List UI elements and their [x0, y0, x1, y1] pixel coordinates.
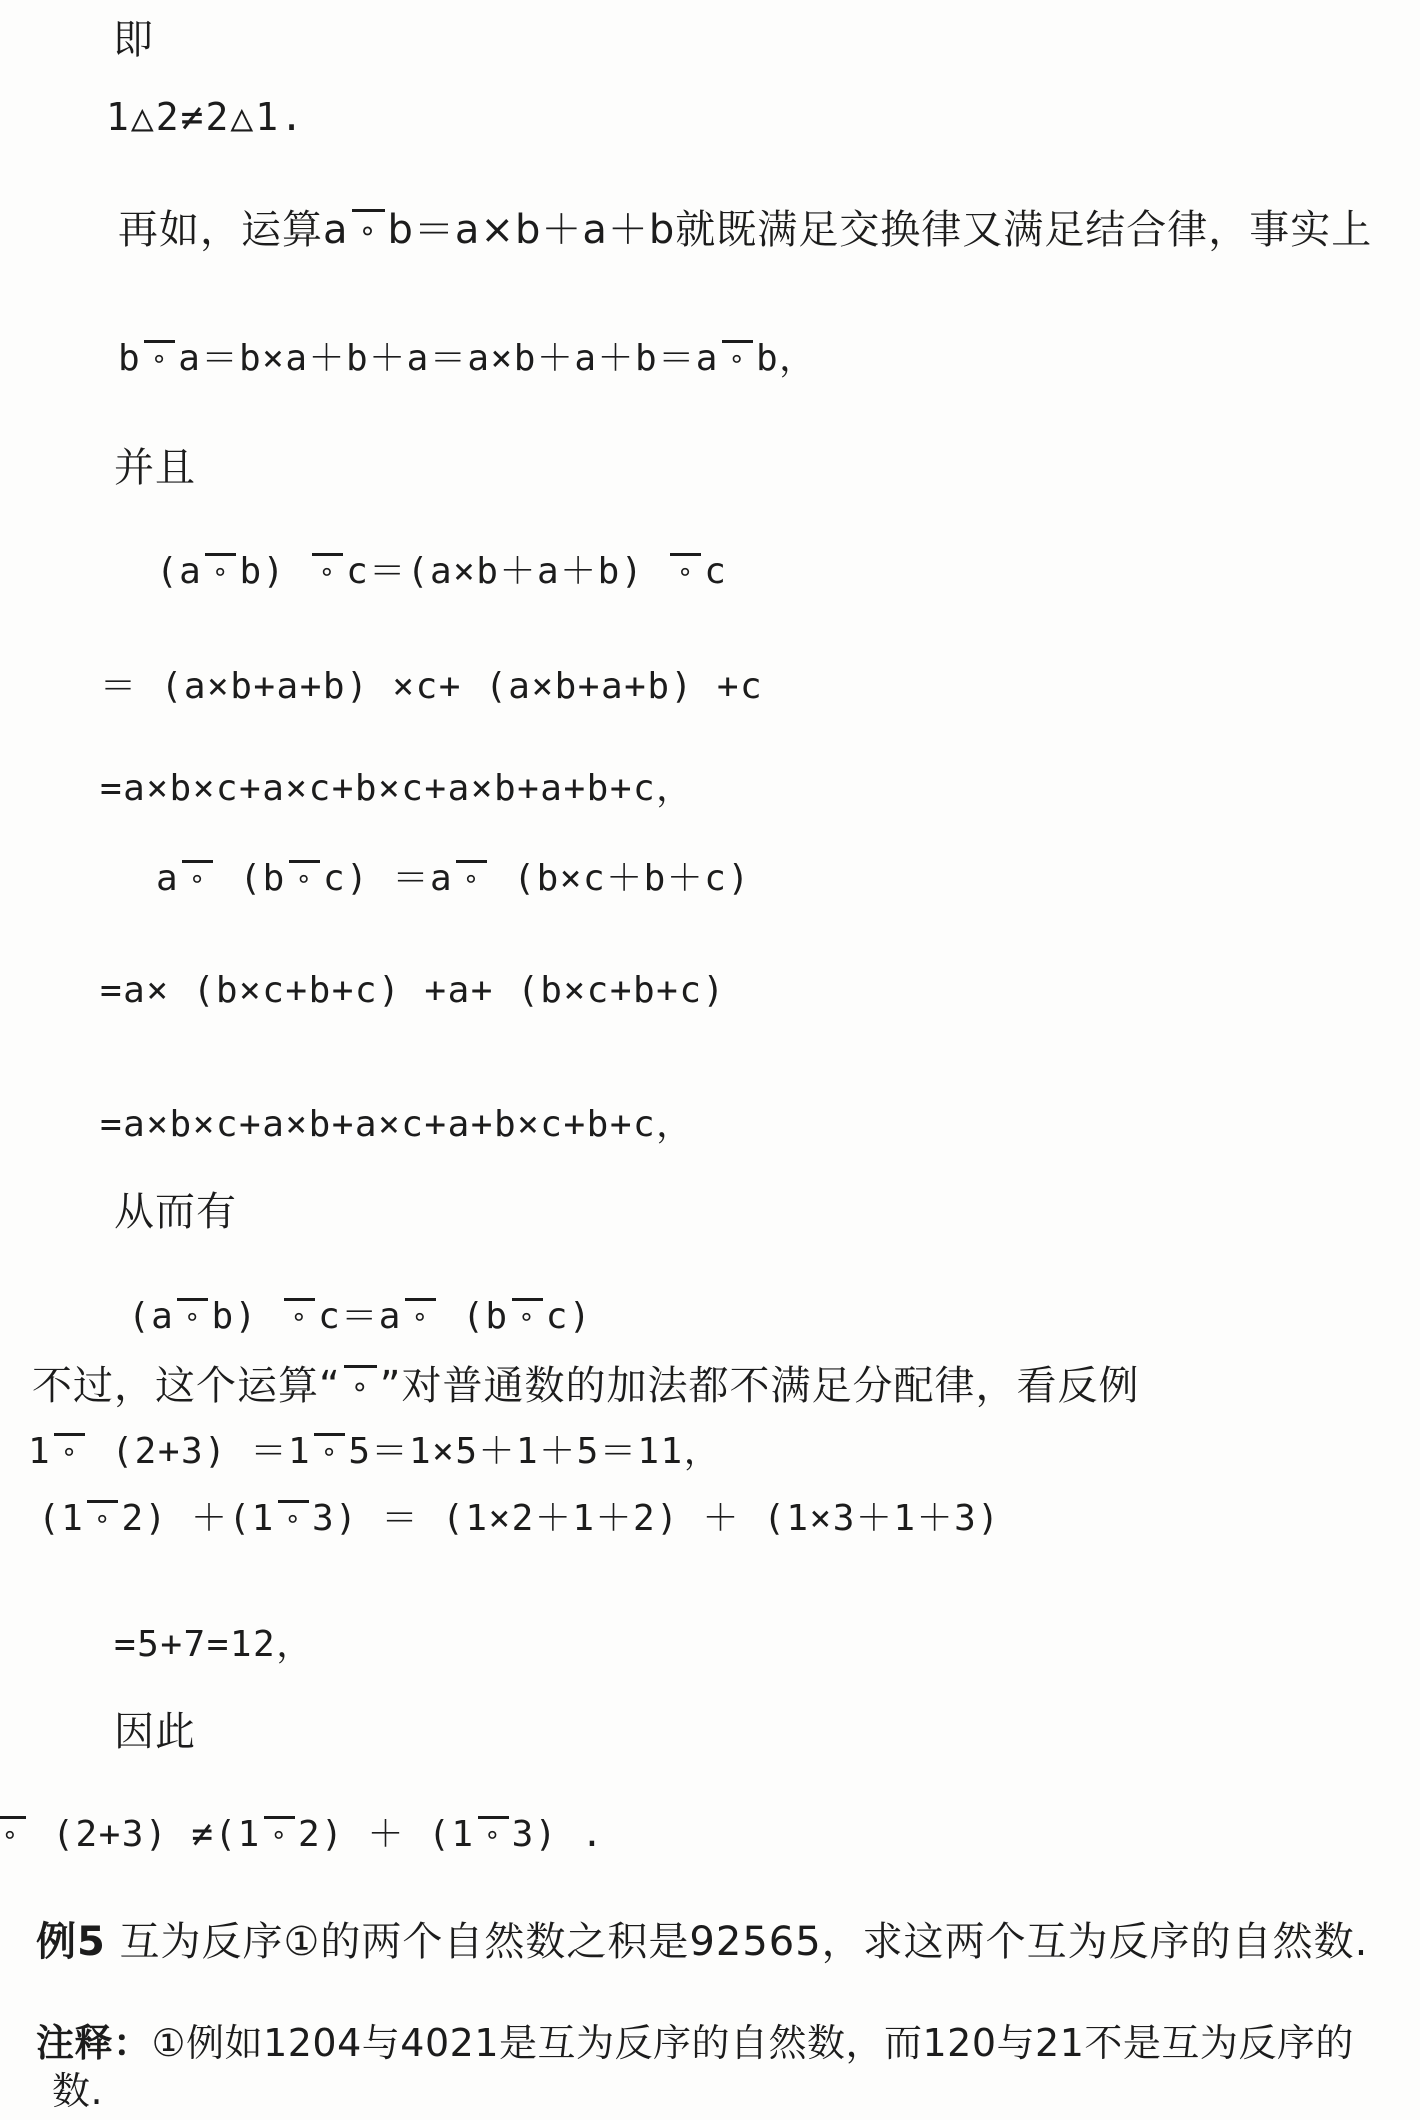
paragraph-buguo: 不过，这个运算“∘”对普通数的加法都不满足分配律，看反例	[32, 1354, 1140, 1411]
circle-bar-operator-icon: ∘	[54, 1433, 85, 1466]
word-ji: 即	[113, 8, 154, 65]
circle-bar-operator-icon: ∘	[264, 1816, 295, 1849]
example-5-text: 互为反序①的两个自然数之积是92565，求这两个互为反序的自然数.	[106, 1919, 1369, 1965]
circle-bar-operator-icon: ∘	[670, 553, 701, 586]
circle-bar-operator-icon: ∘	[177, 1298, 208, 1331]
circle-bar-operator-icon: ∘	[344, 1365, 377, 1401]
paragraph-zairu: 再如，运算a∘b＝a×b＋a＋b就既满足交换律又满足结合律，事实上	[118, 198, 1372, 255]
note-label: 注释：	[36, 2021, 152, 2065]
circle-bar-operator-icon: ∘	[478, 1816, 509, 1849]
example-5-line: 例5 互为反序①的两个自然数之积是92565，求这两个互为反序的自然数.	[36, 1910, 1368, 1967]
formula-sum-result: =5+7=12，	[114, 1616, 314, 1667]
formula-assoc-left-3: =a×b×c+a×c+b×c+a×b+a+b+c，	[100, 760, 694, 811]
note-line: 注释：①例如1204与4021是互为反序的自然数，而120与21不是互为反序的	[36, 2012, 1354, 2067]
formula-assoc-left-2: ＝ (a×b+a+b) ×c+ (a×b+a+b) +c	[100, 658, 763, 709]
circle-bar-operator-icon: ∘	[144, 340, 175, 373]
circle-bar-operator-icon: ∘	[352, 209, 385, 245]
circle-bar-operator-icon: ∘	[312, 553, 343, 586]
word-congeryou: 从而有	[114, 1180, 237, 1237]
formula-commutative: b∘a＝b×a＋b＋a＝a×b＋a＋b＝a∘b，	[118, 330, 817, 381]
formula-distributive-right: (1∘2) ＋(1∘3) ＝ (1×2＋1＋2) ＋ (1×3＋1＋3)	[38, 1490, 1000, 1541]
formula-distributive-left: 1∘ (2+3) ＝1∘5＝1×5＋1＋5＝11，	[28, 1423, 721, 1474]
formula-assoc-right-1: a∘ (b∘c) ＝a∘ (b×c＋b＋c)	[156, 850, 751, 901]
circle-bar-operator-icon: ∘	[456, 860, 487, 893]
circle-bar-operator-icon: ∘	[284, 1298, 315, 1331]
circle-bar-operator-icon: ∘	[722, 340, 753, 373]
document-page: 即 1△2≠2△1. 再如，运算a∘b＝a×b＋a＋b就既满足交换律又满足结合律…	[0, 0, 1420, 2120]
circle-bar-operator-icon: ∘	[0, 1816, 26, 1849]
example-5-label: 例5	[36, 1919, 106, 1965]
word-yinci: 因此	[114, 1700, 196, 1757]
note-continuation-line: 数.	[52, 2060, 103, 2115]
word-bingqie: 并且	[114, 436, 196, 493]
formula-associativity-result: (a∘b) ∘c＝a∘ (b∘c)	[128, 1288, 592, 1339]
circle-bar-operator-icon: ∘	[182, 860, 213, 893]
formula-assoc-left-1: (a∘b) ∘c＝(a×b＋a＋b) ∘c	[156, 543, 727, 594]
circle-bar-operator-icon: ∘	[205, 553, 236, 586]
formula-triangle-counterexample: 1△2≠2△1.	[106, 95, 305, 139]
circle-bar-operator-icon: ∘	[405, 1298, 436, 1331]
circle-bar-operator-icon: ∘	[289, 860, 320, 893]
formula-inequality-conclusion: ∘ (2+3) ≠(1∘2) ＋ (1∘3) .	[0, 1806, 604, 1857]
circle-bar-operator-icon: ∘	[512, 1298, 543, 1331]
note-text: ①例如1204与4021是互为反序的自然数，而120与21不是互为反序的	[152, 2021, 1354, 2065]
circle-bar-operator-icon: ∘	[314, 1433, 345, 1466]
formula-assoc-right-3: =a×b×c+a×b+a×c+a+b×c+b+c，	[100, 1096, 694, 1147]
circle-bar-operator-icon: ∘	[278, 1500, 309, 1533]
circle-bar-operator-icon: ∘	[87, 1500, 118, 1533]
formula-assoc-right-2: =a× (b×c+b+c) +a+ (b×c+b+c)	[100, 970, 726, 1011]
